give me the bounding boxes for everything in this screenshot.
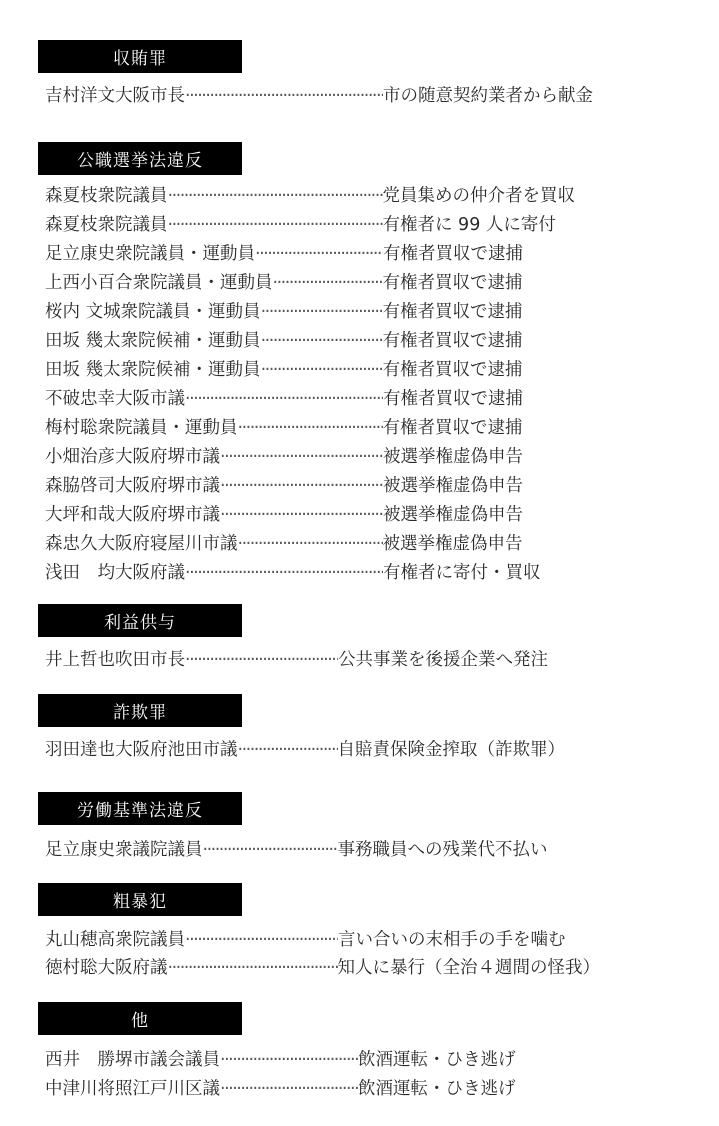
person-name: 不破忠幸大阪市議 [45,387,185,412]
leader-dots: ····································· [220,1077,358,1102]
person-name: 上西小百合衆院議員・運動員 [45,271,273,296]
section-header: 公職選挙法違反 [38,142,242,175]
offense-description: 自賠責保険金搾取（詐欺罪） [338,738,566,763]
list-item: 足立康史衆院議員・運動員····························… [45,242,523,267]
person-name: 大坪和哉大阪府堺市議 [45,503,220,528]
list-item: 田坂 幾太衆院候補・運動員···························… [45,329,523,354]
person-name: 森夏枝衆院議員 [45,184,168,209]
offense-description: 被選挙権虚偽申告 [383,445,523,470]
list-item: 徳村聡大阪府議·································… [45,956,600,981]
person-name: 足立康史衆院議員・運動員 [45,242,255,267]
list-item: 田坂 幾太衆院候補・運動員···························… [45,358,523,383]
offense-description: 有権者買収で逮捕 [383,358,523,383]
list-item: 浅田 均大阪府議································… [45,561,541,586]
person-name: 桜内 文城衆院議員・運動員 [45,300,261,325]
leader-dots: ········································… [185,387,383,412]
leader-dots: ········································… [185,648,338,673]
leader-dots: ········································… [220,503,383,528]
leader-dots: ································· [261,300,383,325]
offense-description: 被選挙権虚偽申告 [383,532,523,557]
person-name: 西井 勝堺市議会議員 [45,1048,220,1073]
offense-description: 有権者に 99 人に寄付 [383,213,556,238]
person-name: 森忠久大阪府寝屋川市議 [45,532,238,557]
section-header: 収賄罪 [38,40,242,73]
leader-dots: ········································… [168,956,338,981]
offense-description: 有権者買収で逮捕 [383,416,523,441]
list-item: 森忠久大阪府寝屋川市議·····························… [45,532,523,557]
person-name: 梅村聡衆院議員・運動員 [45,416,238,441]
leader-dots: ········································… [220,445,383,470]
offense-description: 市の随意契約業者から献金 [383,84,593,109]
leader-dots: ································· [261,358,383,383]
section-header: 他 [38,1002,242,1035]
person-name: 森脇啓司大阪府堺市議 [45,474,220,499]
list-item: 不破忠幸大阪市議································… [45,387,523,412]
person-name: 羽田達也大阪府池田市議 [45,738,238,763]
list-item: 大坪和哉大阪府堺市議······························… [45,503,523,528]
offense-description: 言い合いの末相手の手を噛む [338,928,566,953]
section-header: 利益供与 [38,604,242,637]
list-item: 上西小百合衆院議員・運動員···························… [45,271,523,296]
leader-dots: ·································· [255,242,383,267]
offense-description: 飲酒運転・ひき逃げ [358,1048,516,1073]
offense-description: 有権者に寄付・買収 [383,561,541,586]
leader-dots: ········································… [168,213,383,238]
person-name: 徳村聡大阪府議 [45,956,168,981]
offense-description: 有権者買収で逮捕 [383,387,523,412]
person-name: 中津川将照江戸川区議 [45,1077,220,1102]
person-name: 井上哲也吹田市長 [45,648,185,673]
list-item: 桜内 文城衆院議員・運動員···························… [45,300,523,325]
person-name: 吉村洋文大阪市長 [45,84,185,109]
list-item: 森夏枝衆院議員·································… [45,184,575,209]
section-header: 粗暴犯 [38,883,242,916]
offense-description: 被選挙権虚偽申告 [383,474,523,499]
person-name: 足立康史衆議院議員 [45,838,203,863]
offense-description: 有権者買収で逮捕 [383,300,523,325]
offense-description: 事務職員への残業代不払い [338,838,548,863]
leader-dots: ······································· [238,532,383,557]
list-item: 西井 勝堺市議会議員······························… [45,1048,516,1073]
leader-dots: ····································· [220,1048,358,1073]
person-name: 丸山穂高衆院議員 [45,928,185,953]
list-item: 小畑治彦大阪府堺市議······························… [45,445,523,470]
list-item: 中津川将照江戸川区議······························… [45,1077,516,1102]
person-name: 田坂 幾太衆院候補・運動員 [45,358,261,383]
list-item: 井上哲也吹田市長································… [45,648,548,673]
person-name: 浅田 均大阪府議 [45,561,185,586]
offense-description: 有権者買収で逮捕 [383,271,523,296]
list-item: 丸山穂高衆院議員································… [45,928,566,953]
leader-dots: ···································· [203,838,338,863]
leader-dots: ········································… [185,84,383,109]
leader-dots: ········································… [168,184,383,209]
offense-description: 公共事業を後援企業へ発注 [338,648,548,673]
offense-description: 有権者買収で逮捕 [383,329,523,354]
person-name: 小畑治彦大阪府堺市議 [45,445,220,470]
leader-dots: ········································… [220,474,383,499]
offense-description: 飲酒運転・ひき逃げ [358,1077,516,1102]
section-header: 労働基準法違反 [38,792,242,825]
section-header: 詐欺罪 [38,694,242,727]
list-item: 梅村聡衆院議員・運動員·····························… [45,416,523,441]
leader-dots: ··························· [238,738,338,763]
leader-dots: ········································… [185,928,338,953]
offense-description: 有権者買収で逮捕 [383,242,523,267]
offense-description: 知人に暴行（全治４週間の怪我） [338,956,601,981]
list-item: 吉村洋文大阪市長································… [45,84,593,109]
person-name: 田坂 幾太衆院候補・運動員 [45,329,261,354]
list-item: 森脇啓司大阪府堺市議······························… [45,474,523,499]
offense-description: 党員集めの仲介者を買収 [383,184,576,209]
list-item: 森夏枝衆院議員·································… [45,213,556,238]
offense-description: 被選挙権虚偽申告 [383,503,523,528]
leader-dots: ······································· [238,416,383,441]
leader-dots: ······························ [273,271,383,296]
list-item: 羽田達也大阪府池田市議···························自賠… [45,738,565,763]
list-item: 足立康史衆議院議員·······························… [45,838,548,863]
person-name: 森夏枝衆院議員 [45,213,168,238]
leader-dots: ········································… [185,561,383,586]
leader-dots: ································· [261,329,383,354]
